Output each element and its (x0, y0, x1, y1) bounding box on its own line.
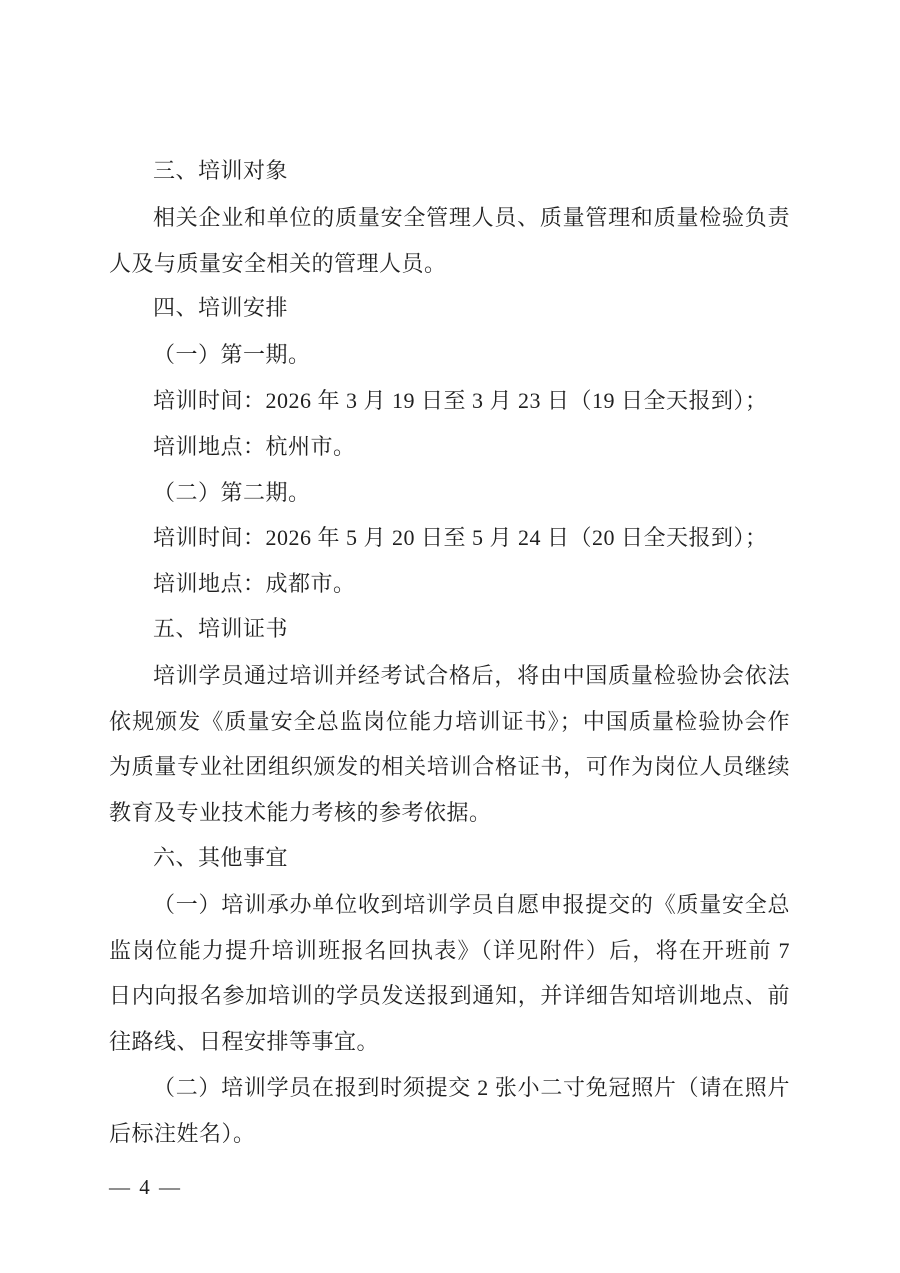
para-training-certificate: 培训学员通过培训并经考试合格后，将由中国质量检验协会依法依规颁发《质量安全总监岗… (109, 653, 790, 836)
subheading-session-two: （二）第二期。 (109, 470, 790, 516)
para-session-two-location: 培训地点：成都市。 (109, 561, 790, 607)
page-number: — 4 — (109, 1173, 182, 1201)
para-other-matters-item-two: （二）培训学员在报到时须提交 2 张小二寸免冠照片（请在照片后标注姓名）。 (109, 1065, 790, 1157)
heading-section-six-other-matters: 六、其他事宜 (109, 836, 790, 882)
heading-section-four-training-schedule: 四、培训安排 (109, 286, 790, 332)
heading-section-three-training-targets: 三、培训对象 (109, 149, 790, 195)
subheading-session-one: （一）第一期。 (109, 332, 790, 378)
para-session-two-time: 培训时间：2026 年 5 月 20 日至 5 月 24 日（20 日全天报到）… (109, 515, 790, 561)
para-session-one-time: 培训时间：2026 年 3 月 19 日至 3 月 23 日（19 日全天报到）… (109, 378, 790, 424)
document-body: 三、培训对象 相关企业和单位的质量安全管理人员、质量管理和质量检验负责人及与质量… (109, 149, 790, 1157)
para-training-targets: 相关企业和单位的质量安全管理人员、质量管理和质量检验负责人及与质量安全相关的管理… (109, 195, 790, 287)
para-other-matters-item-one: （一）培训承办单位收到培训学员自愿申报提交的《质量安全总监岗位能力提升培训班报名… (109, 882, 790, 1065)
document-page: 三、培训对象 相关企业和单位的质量安全管理人员、质量管理和质量检验负责人及与质量… (0, 0, 900, 1273)
heading-section-five-training-certificate: 五、培训证书 (109, 607, 790, 653)
para-session-one-location: 培训地点：杭州市。 (109, 424, 790, 470)
